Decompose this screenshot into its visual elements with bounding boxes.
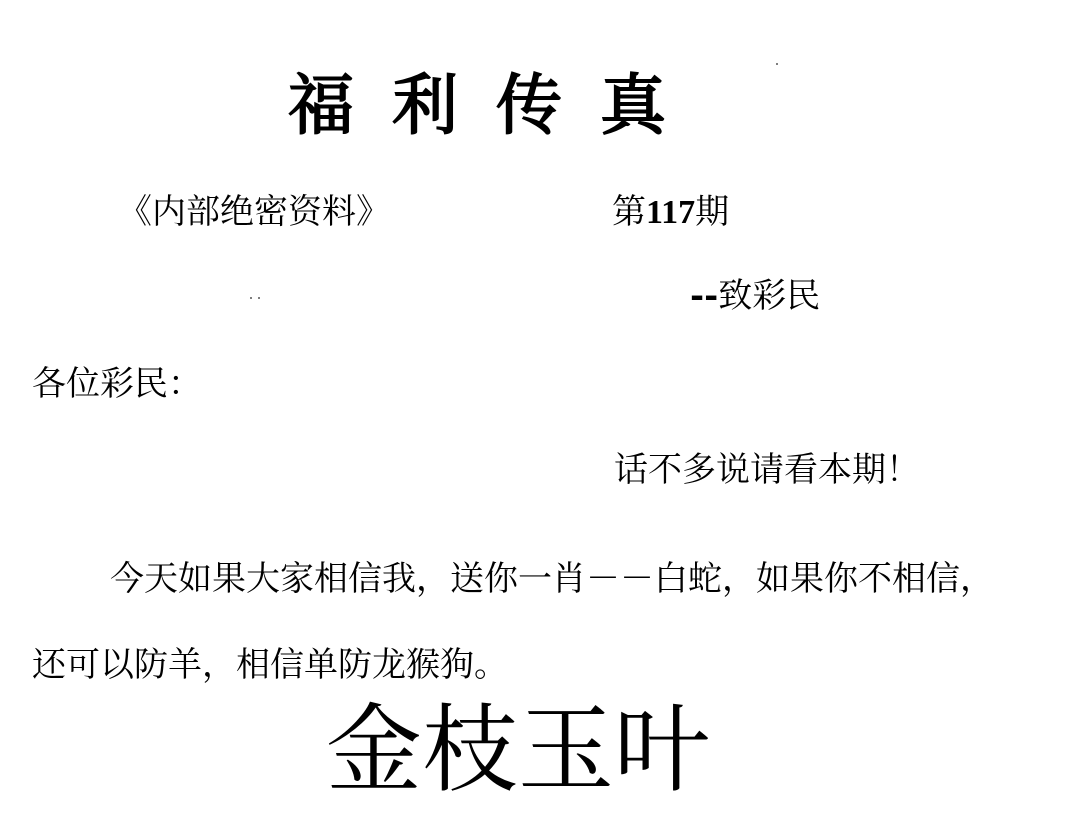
- scan-speck: [250, 297, 252, 299]
- scan-speck: [258, 297, 260, 299]
- body-paragraph: 今天如果大家相信我，送你一肖－－白蛇，如果你不相信， 还可以防羊，相信单防龙猴狗…: [32, 536, 1072, 708]
- intro-line: 话不多说请看本期！: [614, 448, 920, 492]
- issue-number: 第117期: [612, 190, 729, 235]
- issue-prefix: 第: [612, 192, 646, 232]
- scan-speck: [776, 63, 778, 65]
- confidential-label: 《内部绝密资料》: [118, 190, 390, 234]
- document-title: 福利传真: [288, 66, 704, 146]
- dedication: --致彩民: [690, 274, 820, 318]
- dedication-text: 致彩民: [718, 276, 820, 316]
- paragraph-line-1: 今天如果大家相信我，送你一肖－－白蛇，如果你不相信，: [32, 536, 1072, 622]
- issue-suffix: 期: [695, 192, 729, 232]
- dedication-dash: --: [690, 276, 718, 316]
- greeting: 各位彩民：: [32, 362, 202, 406]
- footer-phrase: 金枝玉叶: [326, 690, 710, 810]
- issue-number-value: 117: [646, 194, 695, 231]
